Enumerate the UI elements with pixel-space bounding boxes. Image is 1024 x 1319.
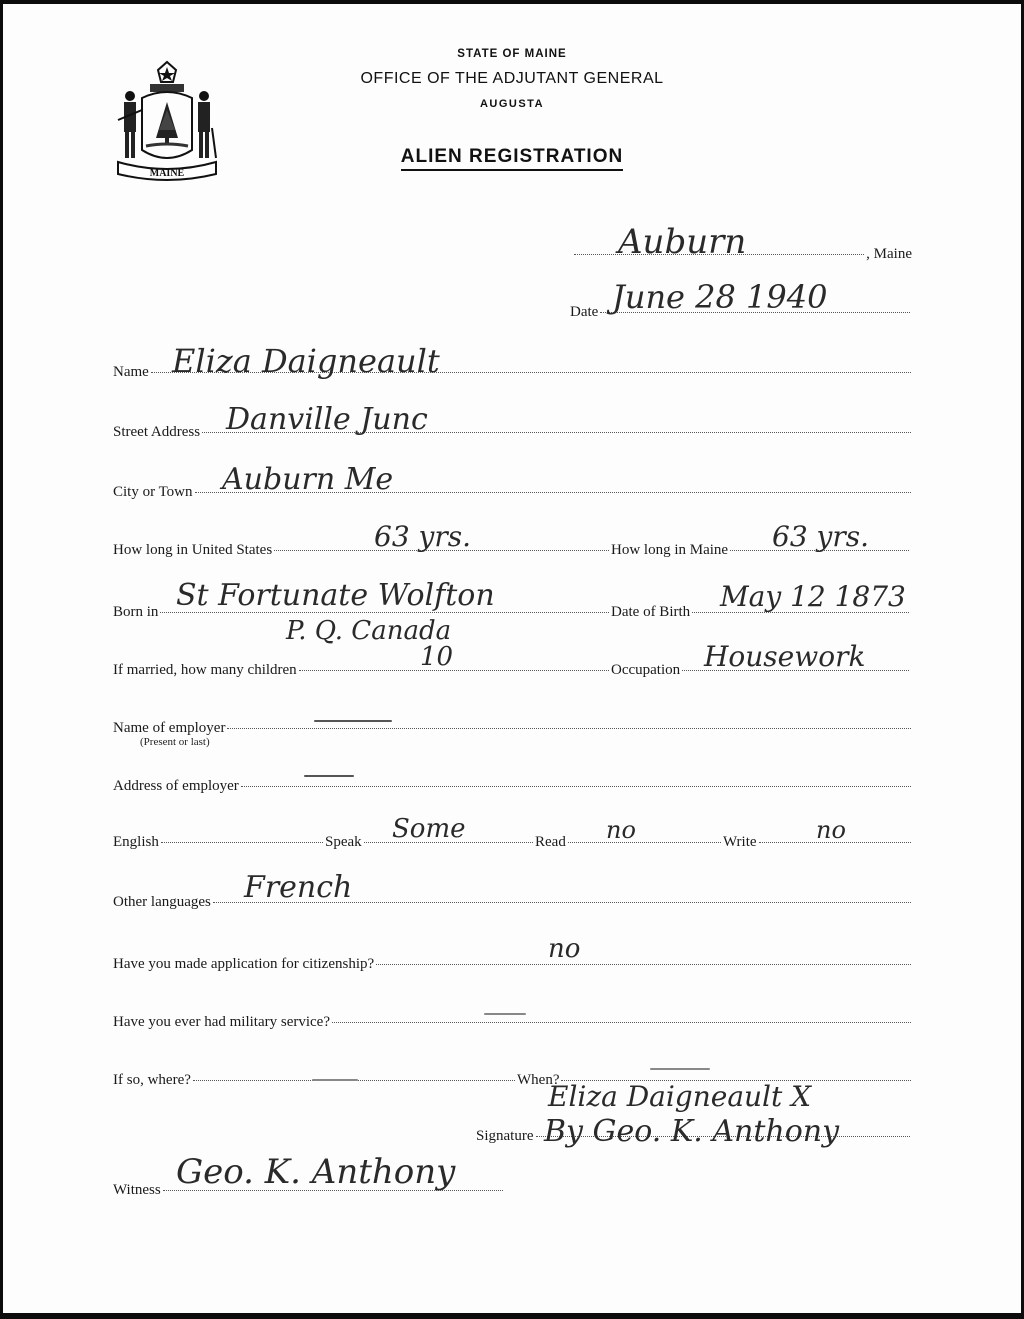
english-label: English bbox=[113, 834, 159, 851]
employer-address-field[interactable]: Address of employer bbox=[113, 778, 913, 795]
svg-text:MAINE: MAINE bbox=[150, 168, 185, 179]
other-languages-field[interactable]: Other languages bbox=[113, 894, 913, 911]
military-service-label: Have you ever had military service? bbox=[113, 1014, 330, 1031]
us-duration-value: 63 yrs. bbox=[374, 520, 471, 553]
name-value: Eliza Daigneault bbox=[172, 342, 440, 380]
witness-label: Witness bbox=[113, 1182, 161, 1199]
speak-label: Speak bbox=[325, 834, 362, 851]
write-value: no bbox=[816, 816, 846, 844]
military-service-dash bbox=[484, 1013, 526, 1015]
signature-value: Eliza Daigneault X bbox=[548, 1080, 811, 1113]
other-languages-value: French bbox=[244, 870, 352, 905]
city-heading: AUGUSTA bbox=[0, 98, 1024, 110]
occupation-label: Occupation bbox=[611, 662, 680, 679]
employer-address-dash bbox=[304, 775, 354, 777]
us-duration-label: How long in United States bbox=[113, 542, 272, 559]
office-heading: OFFICE OF THE ADJUTANT GENERAL bbox=[0, 70, 1024, 88]
maine-duration-label: How long in Maine bbox=[611, 542, 728, 559]
us-duration-field[interactable]: How long in United States bbox=[113, 542, 611, 559]
children-label: If married, how many children bbox=[113, 662, 297, 679]
registration-form-page bbox=[3, 4, 1021, 1313]
employer-name-dash bbox=[314, 720, 392, 722]
citizenship-value: no bbox=[548, 934, 580, 964]
witness-value: Geo. K. Anthony bbox=[176, 1152, 455, 1192]
state-heading: STATE OF MAINE bbox=[0, 48, 1024, 60]
citizenship-label: Have you made application for citizenshi… bbox=[113, 956, 374, 973]
military-service-field[interactable]: Have you ever had military service? bbox=[113, 1014, 913, 1031]
location-value: Auburn bbox=[618, 222, 746, 262]
where-label: If so, where? bbox=[113, 1072, 191, 1089]
date-of-birth-label: Date of Birth bbox=[611, 604, 690, 621]
when-dash bbox=[650, 1068, 710, 1070]
signature-label: Signature bbox=[476, 1128, 534, 1145]
speak-value: Some bbox=[392, 814, 466, 844]
occupation-value: Housework bbox=[704, 640, 865, 673]
employer-name-field[interactable]: Name of employer bbox=[113, 720, 913, 737]
employer-address-label: Address of employer bbox=[113, 778, 239, 795]
city-value: Auburn Me bbox=[222, 462, 393, 497]
read-label: Read bbox=[535, 834, 566, 851]
maine-duration-value: 63 yrs. bbox=[772, 520, 869, 553]
date-of-birth-value: May 12 1873 bbox=[720, 580, 906, 613]
employer-name-sublabel: (Present or last) bbox=[140, 736, 210, 748]
citizenship-field[interactable]: Have you made application for citizenshi… bbox=[113, 956, 913, 973]
date-value: June 28 1940 bbox=[612, 278, 827, 316]
write-label: Write bbox=[723, 834, 757, 851]
employer-name-label: Name of employer bbox=[113, 720, 225, 737]
street-address-value: Danville Junc bbox=[226, 402, 428, 437]
name-label: Name bbox=[113, 364, 149, 381]
signature-value-line2: By Geo. K. Anthony bbox=[544, 1114, 839, 1149]
street-address-label: Street Address bbox=[113, 424, 200, 441]
read-value: no bbox=[606, 816, 636, 844]
children-value: 10 bbox=[420, 642, 453, 672]
where-dash bbox=[312, 1079, 358, 1081]
date-label: Date bbox=[570, 304, 598, 321]
born-in-value: St Fortunate Wolfton bbox=[176, 578, 495, 613]
location-suffix-label: , Maine bbox=[866, 246, 912, 263]
form-title: ALIEN REGISTRATION bbox=[0, 146, 1024, 168]
born-in-label: Born in bbox=[113, 604, 158, 621]
other-languages-label: Other languages bbox=[113, 894, 211, 911]
children-field[interactable]: If married, how many children bbox=[113, 662, 611, 679]
city-label: City or Town bbox=[113, 484, 193, 501]
english-field: English bbox=[113, 834, 325, 851]
